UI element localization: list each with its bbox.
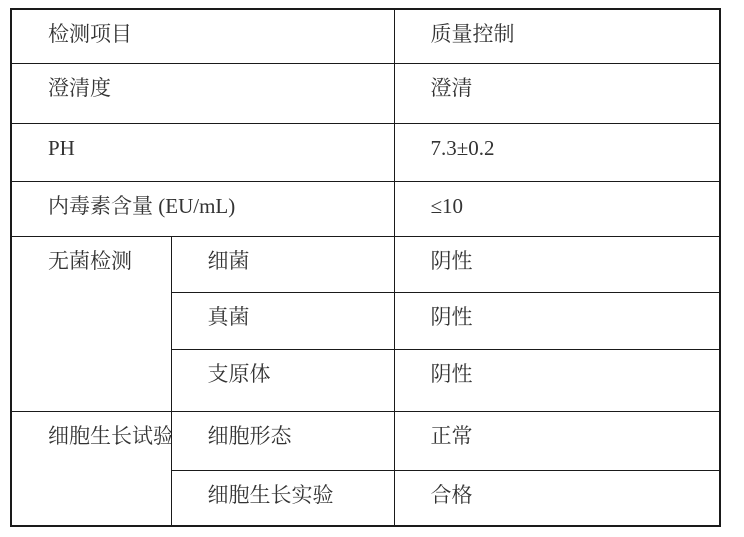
table-row: 细胞生长试验 细胞形态 正常 <box>11 411 720 470</box>
cell-sub-mycoplasma: 支原体 <box>171 349 394 411</box>
group-cell-cell-growth: 细胞生长试验 <box>11 411 171 526</box>
cell-item-ph: PH <box>11 123 394 181</box>
quality-control-table: 检测项目 质量控制 澄清度 澄清 PH 7.3±0.2 内毒素含量 (EU/mL… <box>10 8 721 527</box>
document-page: 检测项目 质量控制 澄清度 澄清 PH 7.3±0.2 内毒素含量 (EU/mL… <box>0 0 744 537</box>
cell-sub-bacteria: 细菌 <box>171 236 394 292</box>
cell-qc-cell-growth-test: 合格 <box>394 470 720 526</box>
table-row: PH 7.3±0.2 <box>11 123 720 181</box>
cell-qc-mycoplasma: 阴性 <box>394 349 720 411</box>
cell-sub-cell-morphology: 细胞形态 <box>171 411 394 470</box>
cell-qc-endotoxin: ≤10 <box>394 181 720 236</box>
table-row: 澄清度 澄清 <box>11 63 720 123</box>
cell-qc-ph: 7.3±0.2 <box>394 123 720 181</box>
header-cell-item: 检测项目 <box>11 9 394 63</box>
header-cell-qc: 质量控制 <box>394 9 720 63</box>
cell-item-endotoxin: 内毒素含量 (EU/mL) <box>11 181 394 236</box>
cell-sub-fungus: 真菌 <box>171 292 394 349</box>
table-row: 无菌检测 细菌 阴性 <box>11 236 720 292</box>
cell-qc-bacteria: 阴性 <box>394 236 720 292</box>
cell-sub-cell-growth-test: 细胞生长实验 <box>171 470 394 526</box>
cell-qc-clarity: 澄清 <box>394 63 720 123</box>
table-row: 检测项目 质量控制 <box>11 9 720 63</box>
group-cell-sterility: 无菌检测 <box>11 236 171 411</box>
cell-qc-fungus: 阴性 <box>394 292 720 349</box>
table-row: 内毒素含量 (EU/mL) ≤10 <box>11 181 720 236</box>
cell-qc-cell-morphology: 正常 <box>394 411 720 470</box>
cell-item-clarity: 澄清度 <box>11 63 394 123</box>
